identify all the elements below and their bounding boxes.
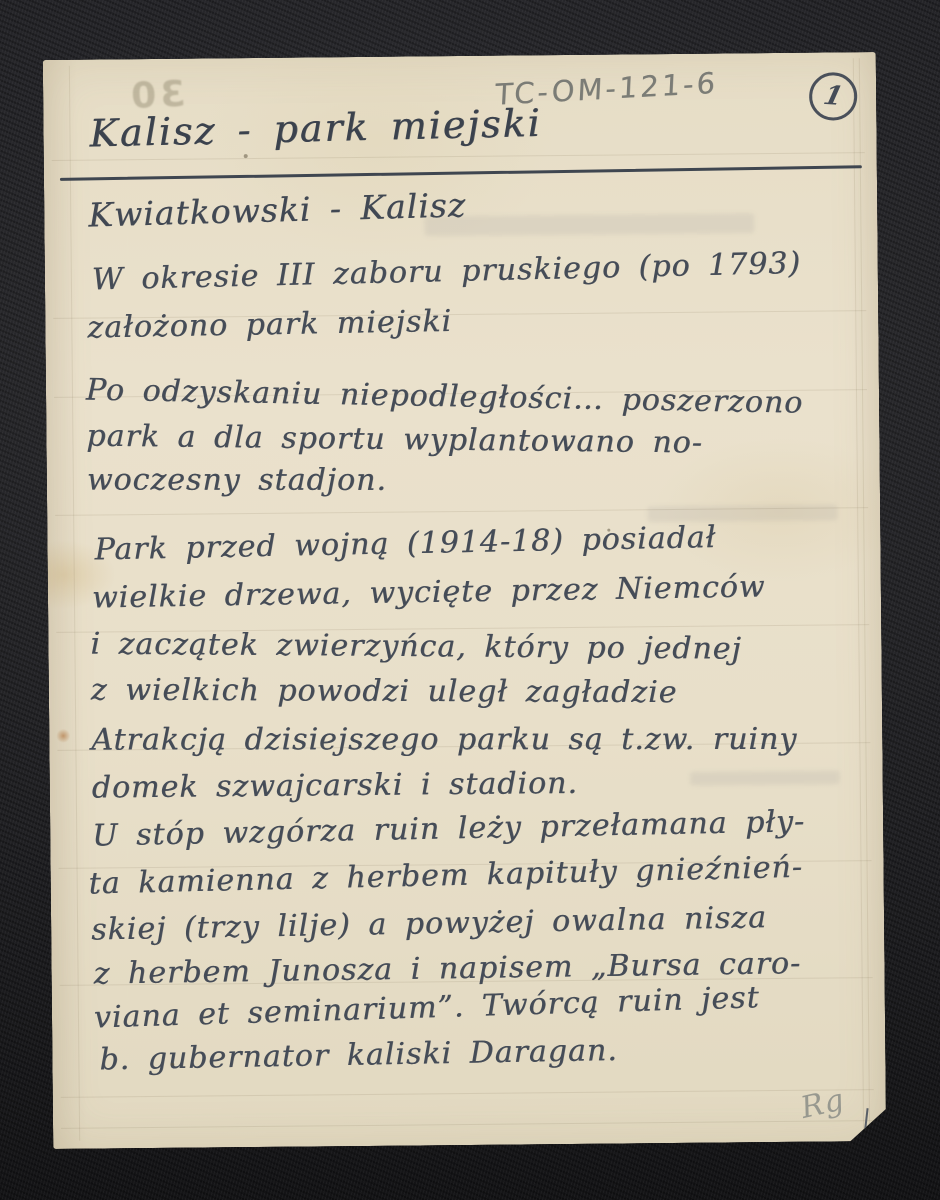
handwritten-line: domek szwajcarski i stadion. bbox=[92, 766, 578, 806]
paper-speck bbox=[607, 529, 610, 532]
page-number-badge: 1 bbox=[808, 71, 859, 122]
showthrough-print bbox=[647, 504, 837, 522]
handwritten-line: Atrakcją dzisiejszego parku są t.zw. rui… bbox=[91, 722, 797, 758]
handwritten-line: założono park miejski bbox=[87, 304, 452, 346]
ruled-line bbox=[859, 58, 870, 1133]
handwritten-line: b. gubernator kaliski Daragan. bbox=[99, 1033, 618, 1077]
title-underline bbox=[60, 165, 862, 181]
showthrough-print bbox=[690, 770, 840, 785]
scan-background: 30 TC-OM-121-6 1 Kalisz - park miejski K… bbox=[0, 0, 940, 1200]
handwritten-line: skiej (trzy lilje) a powyżej owalna nisz… bbox=[91, 900, 767, 947]
author-heading: Kwiatkowski - Kalisz bbox=[88, 185, 467, 234]
handwritten-line: park a dla sportu wyplantowano no- bbox=[86, 419, 703, 461]
showthrough-print bbox=[424, 213, 754, 236]
handwritten-line: U stóp wzgórza ruin leży przełamana pły- bbox=[92, 804, 806, 853]
document-page: 30 TC-OM-121-6 1 Kalisz - park miejski K… bbox=[43, 52, 886, 1149]
handwritten-line: ta kamienna z herbem kapituły gnieźnień- bbox=[88, 850, 803, 902]
ruled-line bbox=[69, 66, 80, 1141]
handwritten-line: Park przed wojną (1914-18) posiadał bbox=[94, 520, 717, 567]
handwritten-line: wielkie drzewa, wycięte przez Niemców bbox=[92, 569, 766, 615]
ruled-line bbox=[853, 58, 864, 1133]
handwritten-line: i zaczątek zwierzyńca, który po jednej bbox=[90, 627, 742, 667]
paper-speck bbox=[170, 1063, 174, 1066]
ruled-line bbox=[61, 1089, 874, 1098]
page-number: 1 bbox=[821, 81, 846, 112]
ink-mark bbox=[863, 1108, 868, 1136]
ruled-line bbox=[61, 1120, 874, 1129]
handwritten-line: z wielkich powodzi uległ zagładzie bbox=[91, 673, 678, 711]
document-title: Kalisz - park miejski bbox=[89, 101, 542, 156]
handwritten-line: woczesny stadjon. bbox=[87, 463, 387, 498]
handwritten-line: W okresie III zaboru pruskiego (po 1793) bbox=[91, 246, 801, 298]
handwritten-line: Po odzyskaniu niepodległości… poszerzono bbox=[86, 373, 804, 421]
paper-speck bbox=[244, 154, 248, 158]
